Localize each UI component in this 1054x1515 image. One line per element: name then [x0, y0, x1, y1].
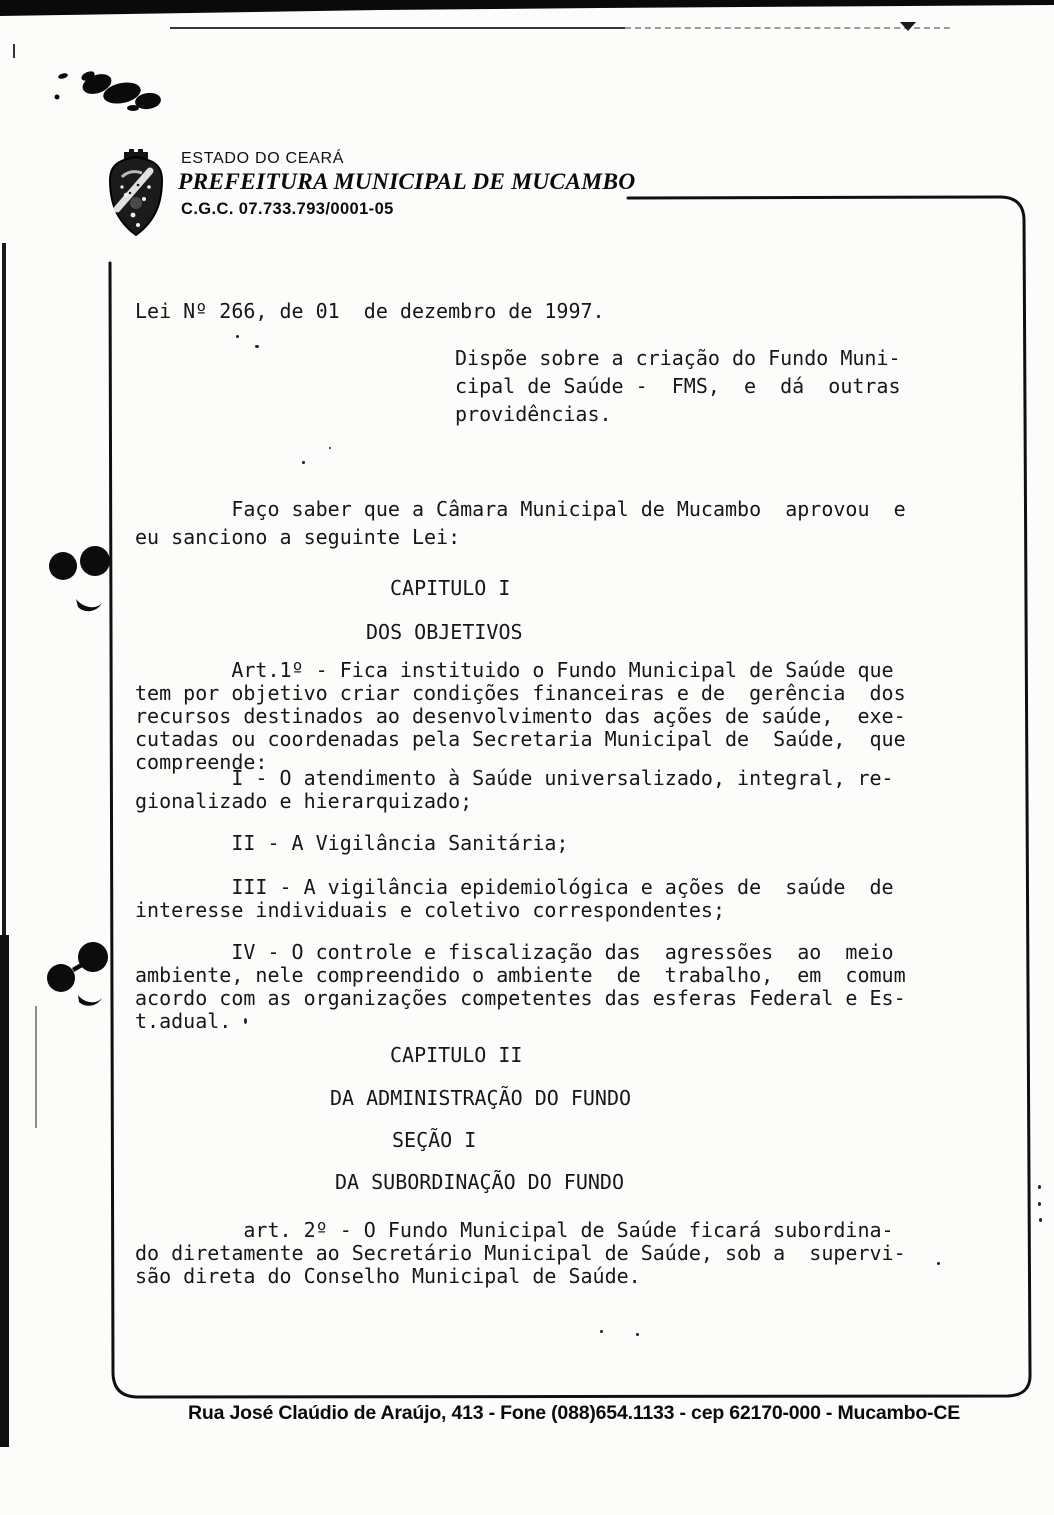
scan-speck [600, 1330, 603, 1333]
article-1-item-1: I - O atendimento à Saúde universalizado… [135, 767, 894, 813]
chapter1-title: CAPITULO I [390, 577, 510, 600]
scan-speck [236, 335, 239, 338]
article-1-item-2: II - A Vigilância Sanitária; [135, 832, 568, 855]
preamble-paragraph: Faço saber que a Câmara Municipal de Muc… [135, 495, 906, 551]
section1-subtitle: DA SUBORDINAÇÃO DO FUNDO [335, 1171, 624, 1194]
chapter2-title: CAPITULO II [390, 1044, 522, 1067]
scan-speck [255, 345, 259, 348]
law-title-line: Lei Nº 266, de 01 de dezembro de 1997. [135, 300, 605, 323]
article-1-item-3: III - A vigilância epidemiológica e açõe… [135, 876, 894, 922]
footer-address-line: Rua José Claúdio de Araújo, 413 - Fone (… [188, 1401, 960, 1426]
article-1-item-4: IV - O controle e fiscalização das agres… [135, 941, 906, 1033]
chapter1-subtitle: DOS OBJETIVOS [366, 621, 523, 644]
scanned-law-document-page: ESTADO DO CEARÁ PREFEITURA MUNICIPAL DE … [0, 0, 1054, 1515]
ink-dots-cluster-1 [49, 546, 110, 611]
scan-speck [1038, 1202, 1041, 1206]
article-1-paragraph: Art.1º - Fica instituido o Fundo Municip… [135, 659, 906, 774]
section1-title: SEÇÃO I [392, 1129, 476, 1152]
scan-speck [937, 1262, 940, 1265]
scan-speck [302, 461, 305, 464]
chapter2-subtitle: DA ADMINISTRAÇÃO DO FUNDO [330, 1087, 631, 1110]
scan-speck [1039, 1218, 1042, 1222]
scan-speck [636, 1333, 639, 1336]
ementa-paragraph: Dispõe sobre a criação do Fundo Muni- ci… [455, 344, 901, 428]
scan-speck [244, 1018, 247, 1024]
scan-speck [1038, 1185, 1041, 1189]
ink-dots-cluster-2 [47, 942, 108, 1006]
ink-smudge-top-left [55, 69, 162, 111]
scan-speck [329, 447, 331, 449]
article-2-paragraph: art. 2º - O Fundo Municipal de Saúde fic… [135, 1219, 906, 1288]
